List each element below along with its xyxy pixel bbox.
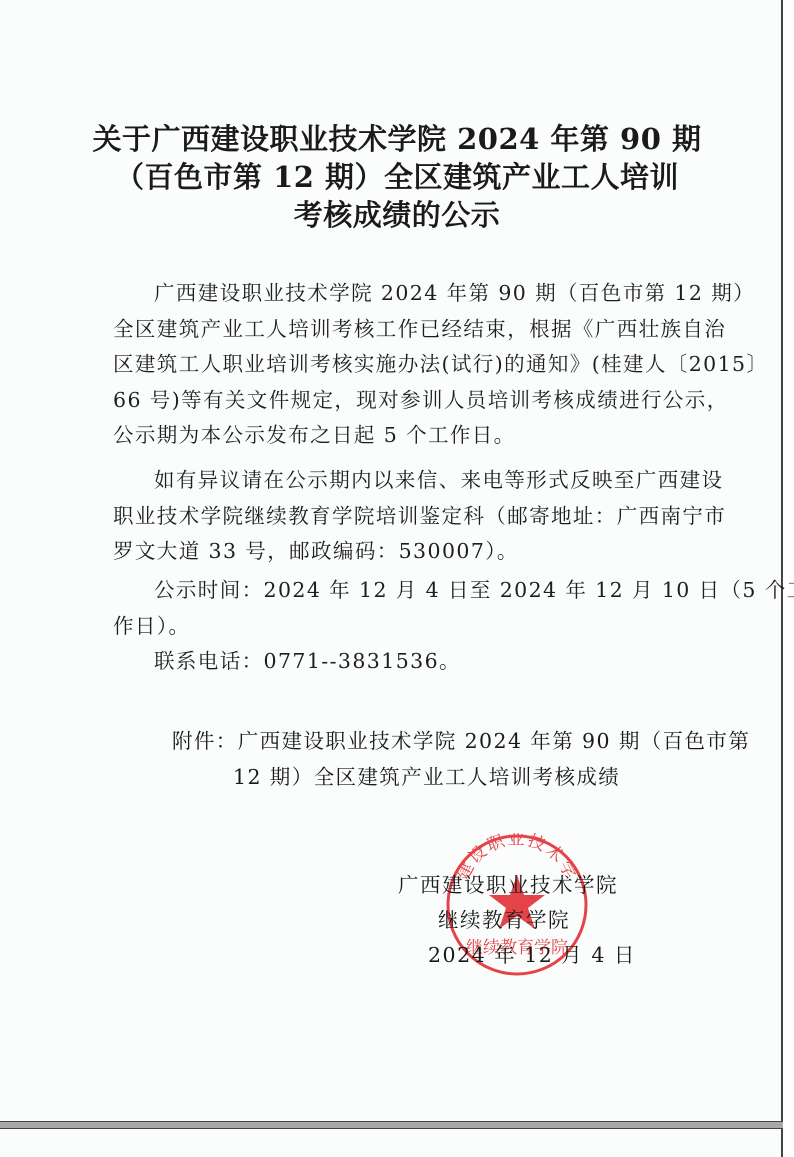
text-line: 66 号)等有关文件规定，现对参训人员培训考核成绩进行公示， [113,383,693,419]
signature-dept: 继续教育学院 [398,903,648,938]
title-line: （百色市第 12 期）全区建筑产业工人培训 [0,158,794,196]
text-line: 全区建筑产业工人培训考核工作已经结束，根据《广西壮族自治 [113,312,693,348]
paragraph-objection: 如有异议请在公示期内以来信、来电等形式反映至广西建设 职业技术学院继续教育学院培… [113,463,693,570]
paragraph-period: 公示时间：2024 年 12 月 4 日至 2024 年 12 月 10 日（5… [113,573,693,644]
paragraph-contact: 联系电话：0771--3831536。 [113,644,693,680]
text-line: 12 期）全区建筑产业工人培训考核成绩 [172,760,750,796]
text-line: 附件：广西建设职业技术学院 2024 年第 90 期（百色市第 [172,724,750,760]
text-line: 广西建设职业技术学院 2024 年第 90 期（百色市第 12 期） [113,276,693,312]
text-line: 作日）。 [113,609,693,645]
title-line: 考核成绩的公示 [0,196,794,234]
contact-phone: 联系电话：0771--3831536。 [113,644,693,680]
text-line: 如有异议请在公示期内以来信、来电等形式反映至广西建设 [113,463,693,499]
signature-date: 2024 年 12 月 4 日 [398,938,648,973]
text-line: 公示期为本公示发布之日起 5 个工作日。 [113,418,693,454]
signature-block: 广西建设职业技术学院 继续教育学院 2024 年 12 月 4 日 [398,868,648,973]
text-line: 职业技术学院继续教育学院培训鉴定科（邮寄地址：广西南宁市 [113,499,693,535]
document-title: 关于广西建设职业技术学院 2024 年第 90 期 （百色市第 12 期）全区建… [0,120,794,234]
text-line: 区建筑工人职业培训考核实施办法(试行)的通知》(桂建人〔2015〕 [113,347,693,383]
signature-org: 广西建设职业技术学院 [398,868,648,903]
attachment-note: 附件：广西建设职业技术学院 2024 年第 90 期（百色市第 12 期）全区建… [172,724,750,795]
text-line: 公示时间：2024 年 12 月 4 日至 2024 年 12 月 10 日（5… [113,573,693,609]
page-separator [0,1121,783,1129]
next-page [0,1129,781,1157]
text-line: 罗文大道 33 号，邮政编码：530007）。 [113,534,693,570]
title-line: 关于广西建设职业技术学院 2024 年第 90 期 [0,120,794,158]
paragraph-announcement: 广西建设职业技术学院 2024 年第 90 期（百色市第 12 期） 全区建筑产… [113,276,693,454]
